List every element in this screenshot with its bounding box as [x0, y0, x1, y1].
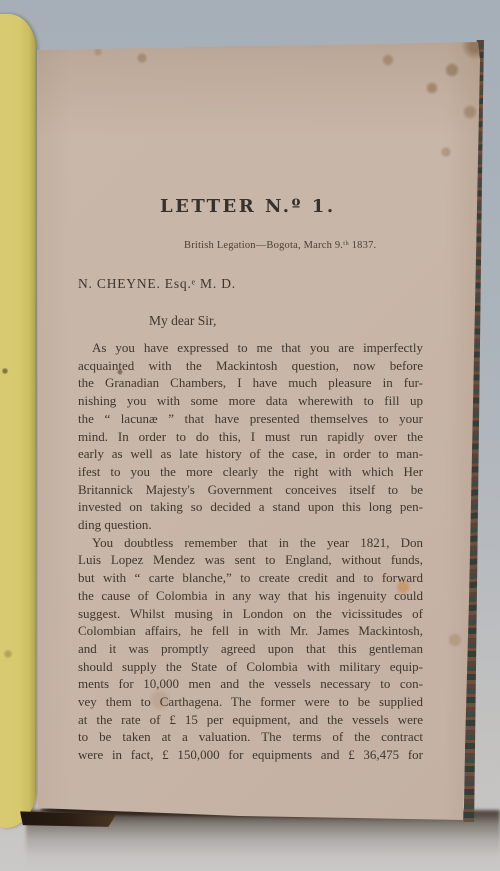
- text-line: ifest to you the more clearly the right …: [78, 463, 423, 481]
- text-line: mind. In order to do this, I must run ra…: [78, 428, 423, 446]
- letter-body: As you have expressed to me that you are…: [78, 339, 423, 764]
- text-line: invested on taking so decided a stand up…: [78, 498, 423, 516]
- text-line: ding question.: [78, 516, 423, 534]
- text-line: As you have expressed to me that you are…: [78, 339, 423, 357]
- text-line: the cause of Colombia in any way that hi…: [78, 587, 423, 605]
- text-line: to be taken at a valuation. The terms of…: [78, 728, 423, 746]
- addressee: N. CHEYNE. Esq.ᵉ M. D.: [78, 276, 236, 292]
- text-line: Luis Lopez Mendez was sent to England, w…: [78, 551, 423, 569]
- yellow-endpaper-page: [0, 14, 36, 828]
- text-line: vey them to Carthagena. The former were …: [78, 693, 423, 711]
- printed-page: LETTER N.º 1. British Legation—Bogota, M…: [0, 0, 500, 871]
- letter-text: LETTER N.º 1. British Legation—Bogota, M…: [78, 0, 423, 820]
- text-line: Britannick Majesty's Government conceive…: [78, 481, 423, 499]
- text-line: You doubtless remember that in the year …: [78, 534, 423, 552]
- text-line: suggest. Whilst musing in London on the …: [78, 605, 423, 623]
- text-line: early as well as late history of the cas…: [78, 445, 423, 463]
- text-line: should supply the State of Colombia with…: [78, 658, 423, 676]
- text-line: the Granadian Chambers, I have much plea…: [78, 374, 423, 392]
- text-line: nishing you with some more data wherewit…: [78, 392, 423, 410]
- text-line: were in fact, £ 150,000 for equipments a…: [78, 746, 423, 764]
- text-line: ments for 10,000 men and the vessels nec…: [78, 675, 423, 693]
- text-line: but with “ carte blanche,” to create cre…: [78, 569, 423, 587]
- text-line: the “ lacunæ ” that have presented thems…: [78, 410, 423, 428]
- text-line: at the rate of £ 15 per equipment, and t…: [78, 711, 423, 729]
- text-line: and it was promptly agreed upon that thi…: [78, 640, 423, 658]
- page-title: LETTER N.º 1.: [160, 196, 336, 217]
- dateline: British Legation—Bogota, March 9.ᵗʰ 1837…: [184, 240, 376, 251]
- paragraph: You doubtless remember that in the year …: [78, 534, 423, 764]
- paragraph: As you have expressed to me that you are…: [78, 339, 423, 534]
- book-photograph: LETTER N.º 1. British Legation—Bogota, M…: [0, 0, 500, 871]
- text-line: Colombian affairs, he fell in with Mr. J…: [78, 622, 423, 640]
- text-line: acquainted with the Mackintosh question,…: [78, 357, 423, 375]
- salutation: My dear Sir,: [149, 313, 216, 329]
